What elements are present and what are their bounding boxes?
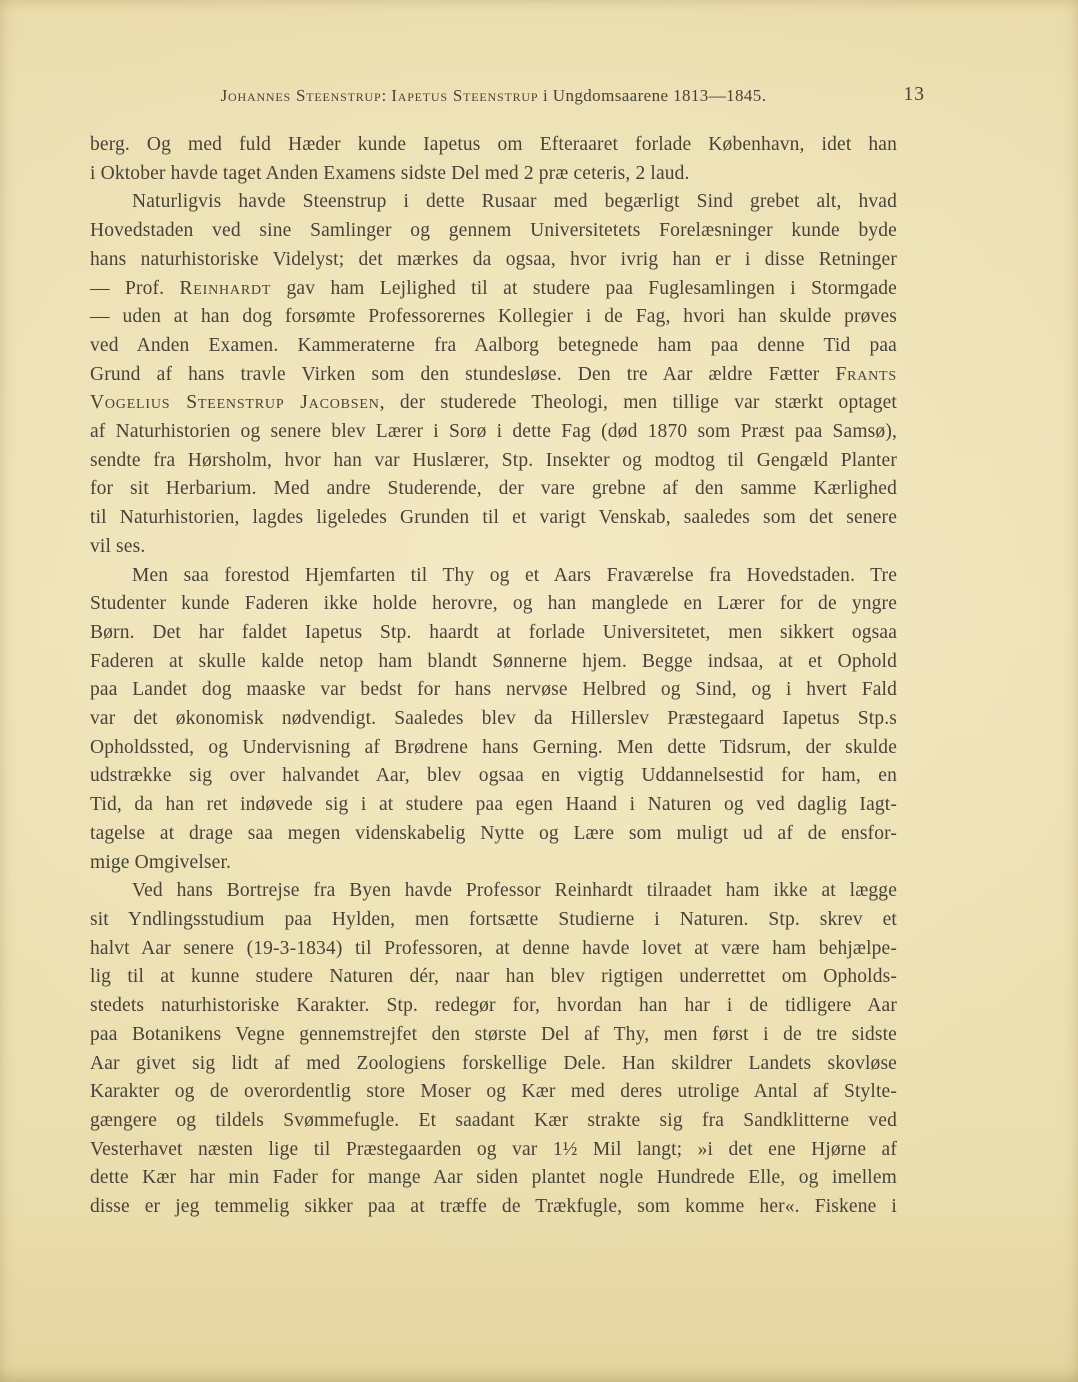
text-line: Karakter og de overordentlig store Moser… xyxy=(90,1078,897,1107)
text-line: Grund af hans travle Virken som den stun… xyxy=(90,361,897,390)
text-line: Faderen at skulle kalde netop ham blandt… xyxy=(90,648,897,677)
text-line: Vesterhavet næsten lige til Præstegaarde… xyxy=(90,1136,897,1165)
text-line: Tid, da han ret indøvede sig i at studer… xyxy=(90,791,897,820)
text-line: halvt Aar senere (19-3-1834) til Profess… xyxy=(90,935,897,964)
text-line: — uden at han dog forsømte Professorerne… xyxy=(90,303,897,332)
text-line: tagelse at drage saa megen videnskabelig… xyxy=(90,820,897,849)
text-line: Opholdssted, og Undervisning af Brødrene… xyxy=(90,734,897,763)
text-line: — Prof. Reinhardt gav ham Lejlighed til … xyxy=(90,275,897,304)
text-line: vil ses. xyxy=(90,533,897,562)
text-line: lig til at kunne studere Naturen dér, na… xyxy=(90,963,897,992)
text-line: i Oktober havde taget Anden Examens sids… xyxy=(90,160,897,189)
text-line: paa Botanikens Vegne gennemstrejfet den … xyxy=(90,1021,897,1050)
text-line: Børn. Det har faldet Iapetus Stp. haardt… xyxy=(90,619,897,648)
page-body: berg. Og med fuld Hæder kunde Iapetus om… xyxy=(90,131,897,1222)
text-line: ved Anden Examen. Kammeraterne fra Aalbo… xyxy=(90,332,897,361)
text-line: til Naturhistorien, lagdes ligeledes Gru… xyxy=(90,504,897,533)
small-caps-name: Frants xyxy=(835,364,897,385)
text-line: Vogelius Steenstrup Jacobsen, der studer… xyxy=(90,389,897,418)
text-line: Ved hans Bortrejse fra Byen havde Profes… xyxy=(90,877,897,906)
text-line: sit Yndlingsstudium paa Hylden, men fort… xyxy=(90,906,897,935)
small-caps-name: Johannes Steenstrup xyxy=(221,86,382,105)
paragraph: Ved hans Bortrejse fra Byen havde Profes… xyxy=(90,877,897,1221)
text-line: Naturligvis havde Steenstrup i dette Rus… xyxy=(90,188,897,217)
text-line: berg. Og med fuld Hæder kunde Iapetus om… xyxy=(90,131,897,160)
small-caps-name: Iapetus Steenstrup xyxy=(391,86,538,105)
text-line: mige Omgivelser. xyxy=(90,849,897,878)
running-header: Johannes Steenstrup: Iapetus Steenstrup … xyxy=(90,86,897,106)
paragraph: berg. Og med fuld Hæder kunde Iapetus om… xyxy=(90,131,897,188)
small-caps-name: Vogelius Steenstrup Jacobsen xyxy=(90,392,380,413)
text-line: gængere og tildels Svømmefugle. Et saada… xyxy=(90,1107,897,1136)
text-line: Aar givet sig lidt af med Zoologiens for… xyxy=(90,1050,897,1079)
page-number: 13 xyxy=(904,84,926,106)
text-line: dette Kær har min Fader for mange Aar si… xyxy=(90,1164,897,1193)
small-caps-name: Reinhardt xyxy=(179,278,271,299)
text-line: var det økonomisk nødvendigt. Saaledes b… xyxy=(90,705,897,734)
text-line: disse er jeg temmelig sikker paa at træf… xyxy=(90,1193,897,1222)
text-line: paa Landet dog maaske var bedst for hans… xyxy=(90,676,897,705)
paragraph: Naturligvis havde Steenstrup i dette Rus… xyxy=(90,188,897,561)
text-line: sendte fra Hørsholm, hvor han var Huslær… xyxy=(90,447,897,476)
text-line: Hovedstaden ved sine Samlinger og gennem… xyxy=(90,217,897,246)
book-page: Johannes Steenstrup: Iapetus Steenstrup … xyxy=(0,0,1078,1382)
text-line: Studenter kunde Faderen ikke holde herov… xyxy=(90,590,897,619)
text-line: udstrække sig over halvandet Aar, blev o… xyxy=(90,762,897,791)
text-line: hans naturhistoriske Videlyst; det mærke… xyxy=(90,246,897,275)
text-line: Men saa forestod Hjemfarten til Thy og e… xyxy=(90,562,897,591)
running-header-title: Johannes Steenstrup: Iapetus Steenstrup … xyxy=(221,86,767,105)
text-line: af Naturhistorien og senere blev Lærer i… xyxy=(90,418,897,447)
paragraph: Men saa forestod Hjemfarten til Thy og e… xyxy=(90,562,897,878)
text-line: for sit Herbarium. Med andre Studerende,… xyxy=(90,475,897,504)
text-line: stedets naturhistoriske Karakter. Stp. r… xyxy=(90,992,897,1021)
